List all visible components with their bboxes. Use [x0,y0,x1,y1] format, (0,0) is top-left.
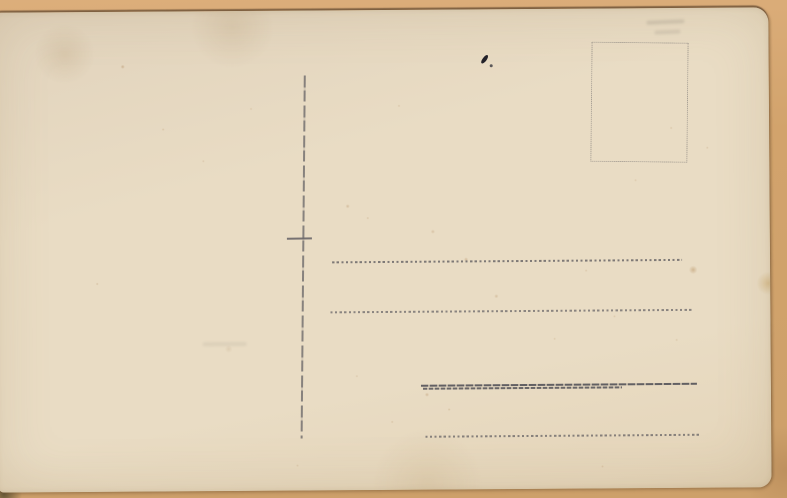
photo-backing-board: Blank back of an aged vintage real-photo… [0,0,787,498]
ink-blot [481,54,495,70]
address-line-4 [425,434,699,438]
address-line-3-heavy [421,383,697,391]
postcard-back [0,7,772,492]
address-line-1 [332,259,682,263]
ink-blot-dot [490,64,493,67]
faint-ink-smudge [203,342,247,346]
address-line-2 [330,309,692,313]
divider-cross-tick [287,237,312,239]
ghost-print-smudge [654,29,680,34]
ink-blot-main [480,54,489,64]
divider-line [301,76,306,439]
stamp-box [590,42,688,163]
ghost-print-smudge [646,19,684,25]
scene-description: Blank back of an aged vintage real-photo… [0,0,1,1]
